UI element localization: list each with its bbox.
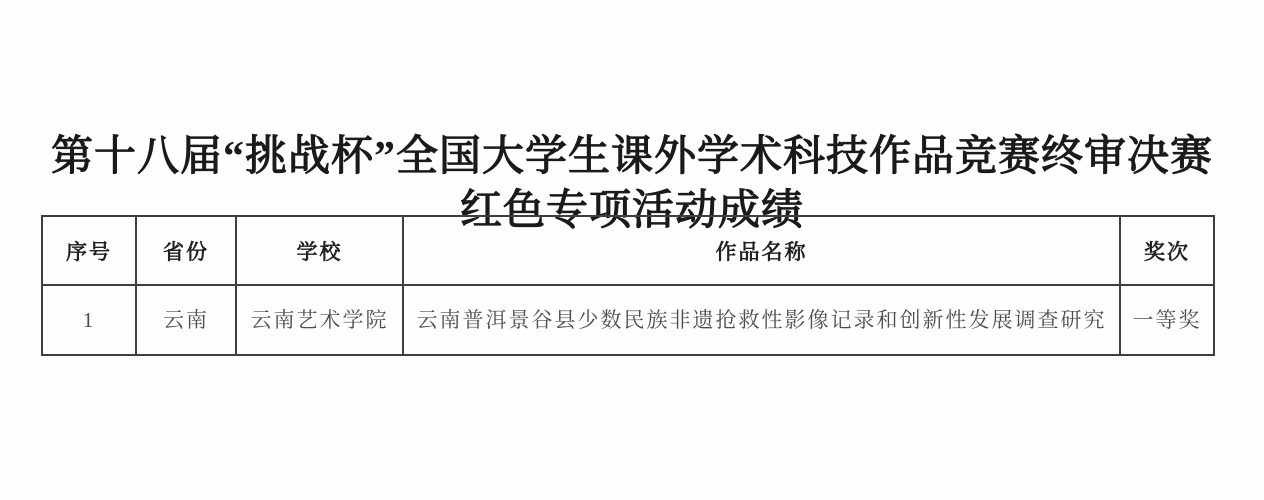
results-table-container: 序号 省份 学校 作品名称 奖次 1 云南 云南艺术学院 云南普洱景谷县少数民族… <box>41 215 1213 356</box>
cell-work-title: 云南普洱景谷县少数民族非遗抢救性影像记录和创新性发展调查研究 <box>403 285 1120 355</box>
cell-school: 云南艺术学院 <box>236 285 403 355</box>
results-table: 序号 省份 学校 作品名称 奖次 1 云南 云南艺术学院 云南普洱景谷县少数民族… <box>41 215 1215 356</box>
table-header-row: 序号 省份 学校 作品名称 奖次 <box>42 216 1214 285</box>
cell-serial: 1 <box>42 285 136 355</box>
title-line-1: 第十八届“挑战杯”全国大学生课外学术科技作品竞赛终审决赛 <box>0 130 1264 184</box>
table-row: 1 云南 云南艺术学院 云南普洱景谷县少数民族非遗抢救性影像记录和创新性发展调查… <box>42 285 1214 355</box>
header-cell-province: 省份 <box>136 216 236 285</box>
cell-province: 云南 <box>136 285 236 355</box>
header-cell-school: 学校 <box>236 216 403 285</box>
cell-award: 一等奖 <box>1120 285 1214 355</box>
header-cell-serial: 序号 <box>42 216 136 285</box>
header-cell-work-title: 作品名称 <box>403 216 1120 285</box>
document-page: 第十八届“挑战杯”全国大学生课外学术科技作品竞赛终审决赛 红色专项活动成绩 序号… <box>0 0 1264 500</box>
header-cell-award: 奖次 <box>1120 216 1214 285</box>
